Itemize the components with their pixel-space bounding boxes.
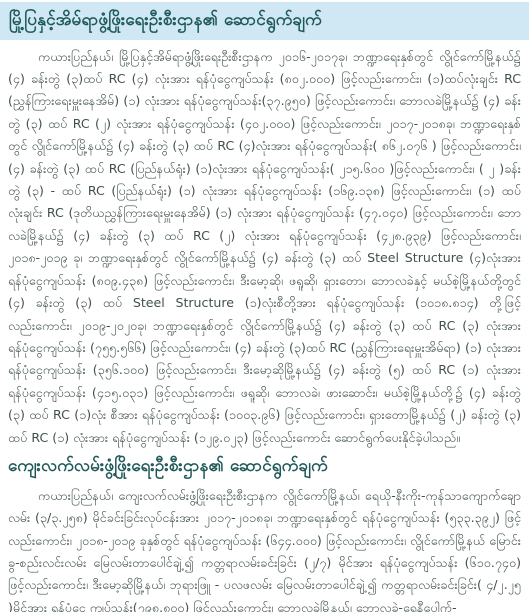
document-page: မြို့ပြနှင့်အိမ်ရာဖွံ့ဖြိုးရေးဦးစီးဌာန၏ … [0, 0, 529, 612]
rural-roads-department-paragraph: ကယားပြည်နယ်၊ ကျေးလက်လမ်းဖွံ့ဖြိုးရေးဦးစီ… [8, 485, 521, 612]
housing-department-paragraph: ကယားပြည်နယ်၊ မြို့ပြနှင့်အိမ်ရာဖွံ့ဖြိုး… [8, 46, 521, 449]
housing-department-heading: မြို့ပြနှင့်အိမ်ရာဖွံ့ဖြိုးရေးဦးစီးဌာန၏ … [0, 2, 529, 40]
rural-roads-department-heading: ကျေးလက်လမ်းဖွံ့ဖြိုးရေးဦးစီးဌာန၏ ဆောင်ရွ… [8, 455, 521, 479]
